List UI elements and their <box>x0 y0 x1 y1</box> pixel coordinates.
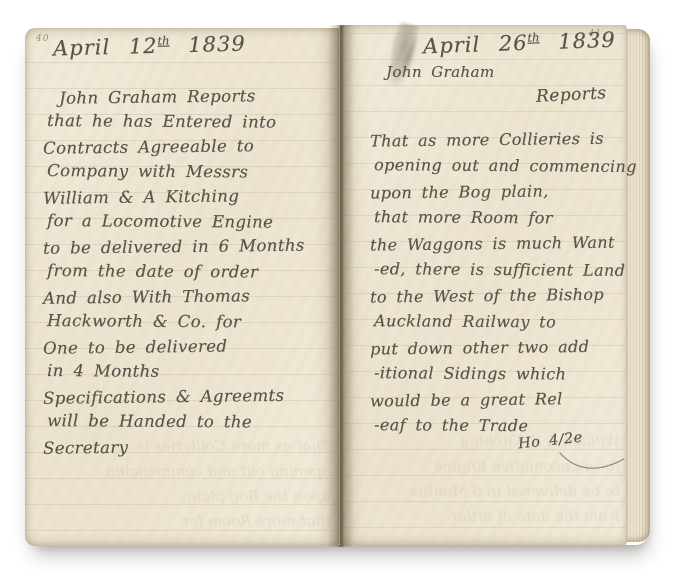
manuscript-line: -ed, there is sufficient Land <box>374 256 624 284</box>
right-page-body: That as more Collieries is opening out a… <box>370 127 624 439</box>
left-date-year: 1839 <box>188 31 246 56</box>
manuscript-line: would be a great Rel <box>370 385 624 414</box>
manuscript-line: upon the Bog plain, <box>370 177 624 206</box>
manuscript-line: And also With Thomas <box>43 282 333 311</box>
manuscript-line: that he has Entered into <box>47 108 333 135</box>
manuscript-line: -itional Sidings which <box>374 360 624 388</box>
left-page-body: John Graham Reports that he has Entered … <box>43 84 333 459</box>
left-page-number: 40 <box>36 34 49 44</box>
manuscript-line: Company with Messrs <box>47 158 333 185</box>
manuscript-line: opening out and commencing <box>374 152 624 180</box>
manuscript-line: to the West of the Bishop <box>370 281 624 310</box>
ghost-line: to be delivered in 6 Months <box>364 479 620 504</box>
ghost-line: from the date of order <box>364 504 620 529</box>
manuscript-line: John Graham Reports <box>59 82 333 110</box>
ghost-line: opening out and commencing <box>39 459 331 484</box>
manuscript-line: in 4 Months <box>47 358 333 385</box>
annotation-flourish <box>558 449 628 475</box>
left-page: 40 April 12th 1839 John Graham Reports t… <box>25 28 339 546</box>
manuscript-line: That as more Collieries is <box>370 125 624 154</box>
manuscript-line: from the date of order <box>47 258 333 285</box>
manuscript-line: will be Handed to the <box>47 408 333 435</box>
right-date-year: 1839 <box>558 28 616 54</box>
manuscript-line: Auckland Railway to <box>374 308 624 336</box>
left-date-text: April 12 <box>53 34 158 61</box>
right-date-heading: April 26th 1839 <box>423 28 616 59</box>
right-page: 41 April 26th 1839 John Graham Reports T… <box>340 25 627 545</box>
right-date-superscript: th <box>527 30 540 44</box>
left-date-heading: April 12th 1839 <box>53 31 246 60</box>
manuscript-line: Secretary <box>43 432 333 461</box>
ghost-line: that more Room for <box>39 509 331 534</box>
manuscript-line: that more Room for <box>374 204 624 232</box>
manuscript-line: for a Locomotive Engine <box>47 208 333 235</box>
reports-label: Reports <box>536 83 607 107</box>
manuscript-line: William & A Kitching <box>43 182 333 211</box>
manuscript-line: -eaf to the Trade <box>374 412 624 440</box>
manuscript-line: to be delivered in 6 Months <box>43 232 333 261</box>
manuscript-line: Specifications & Agreemts <box>43 382 333 411</box>
right-date-text: April 26 <box>423 31 528 59</box>
author-name: John Graham <box>386 63 494 81</box>
manuscript-line: Contracts Agreeable to <box>43 132 333 161</box>
manuscript-line: the Waggons is much Want <box>370 229 624 258</box>
left-date-superscript: th <box>157 33 169 47</box>
ghost-line: upon the Bog plain, <box>39 484 331 509</box>
open-minute-book: 40 April 12th 1839 John Graham Reports t… <box>25 25 650 547</box>
manuscript-line: Hackworth & Co. for <box>47 308 333 335</box>
fore-edge-page-stack <box>625 29 650 542</box>
manuscript-line: put down other two add <box>370 333 624 362</box>
manuscript-line: One to be delivered <box>43 332 333 361</box>
